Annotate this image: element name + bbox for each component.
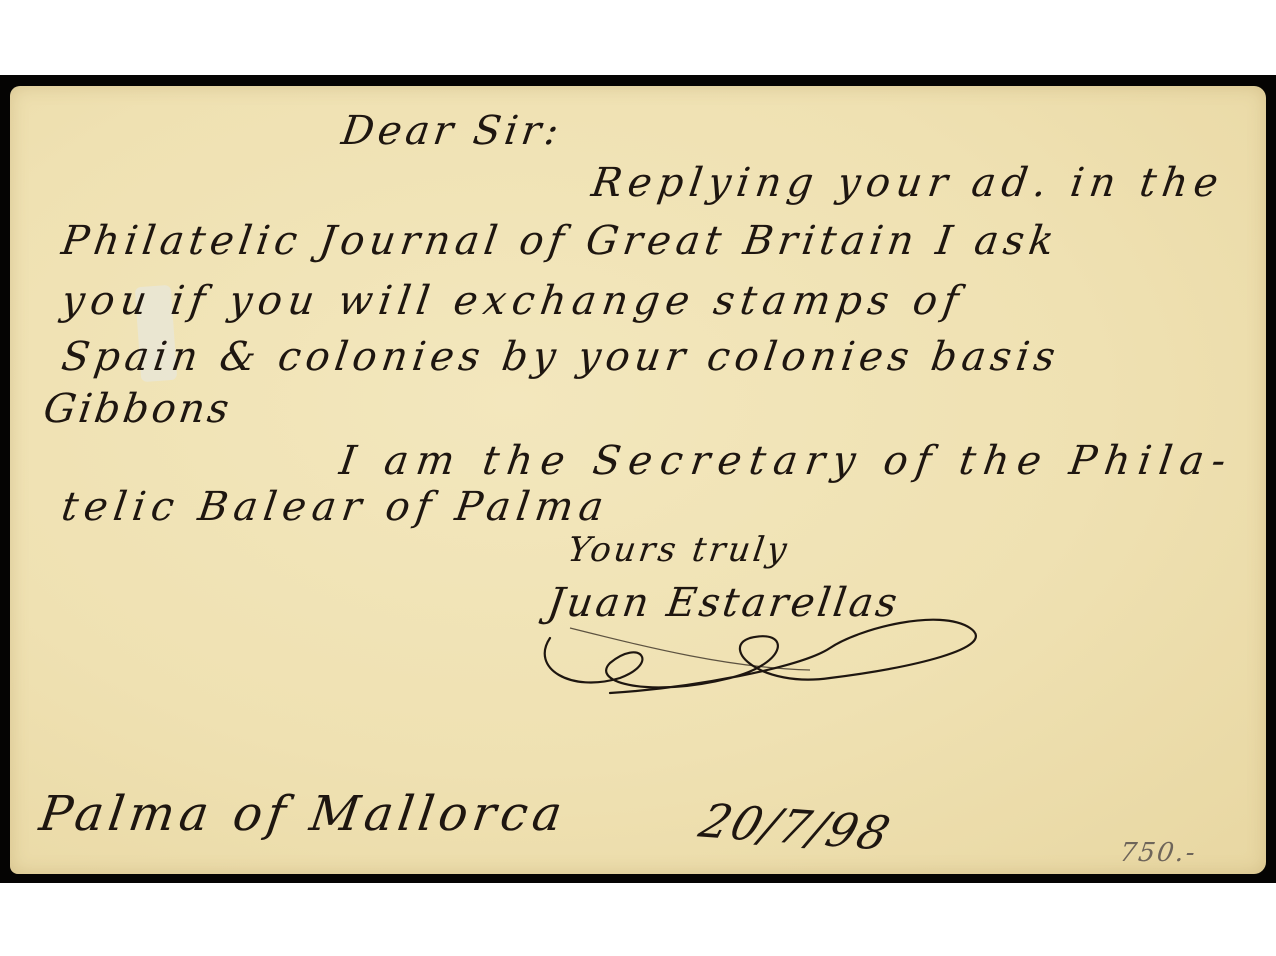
greeting: Dear Sir: [339, 108, 566, 154]
body-line-7: telic Balear of Palma [59, 484, 612, 530]
body-line-6: I am the Secretary of the Phila- [337, 438, 1237, 484]
body-line-4: Spain & colonies by your colonies basis [59, 334, 1063, 380]
price-annotation: 750.- [1118, 838, 1199, 868]
place-of-writing: Palma of Mallorca [36, 786, 570, 842]
body-line-1: Replying your ad. in the [589, 160, 1227, 206]
closing: Yours truly [565, 530, 792, 570]
body-line-2: Philatelic Journal of Great Britain I as… [59, 218, 1062, 264]
body-line-5: Gibbons [41, 386, 235, 432]
body-line-3: you if you will exchange stamps of [59, 278, 968, 324]
signature-flourish-icon [530, 608, 1000, 698]
